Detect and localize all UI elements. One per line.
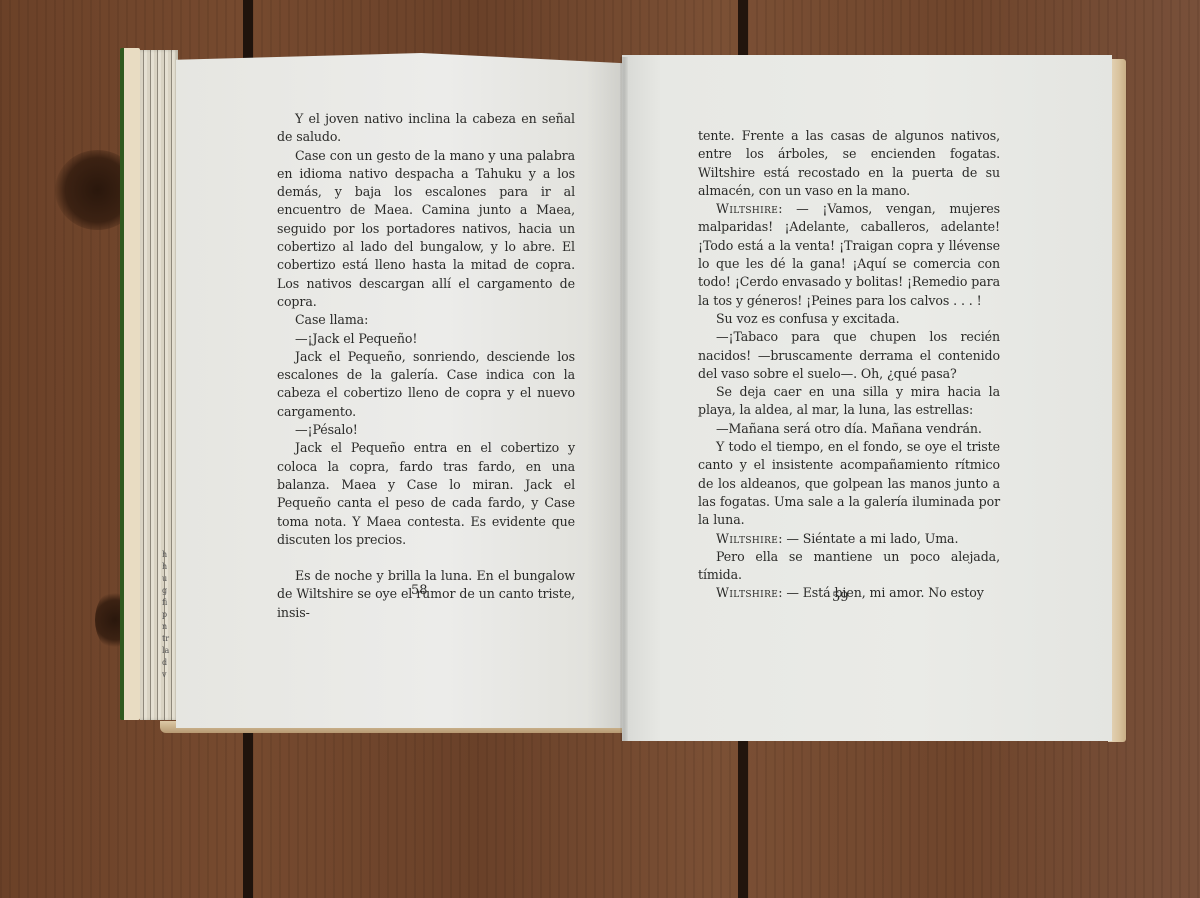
paragraph: Jack el Pequeño, sonriendo, desciende lo… xyxy=(277,348,575,421)
page-number-right: 59 xyxy=(832,590,849,605)
right-page-text: tente. Frente a las casas de algunos nat… xyxy=(698,127,1000,603)
paragraph: Y todo el tiempo, en el fondo, se oye el… xyxy=(698,438,1000,529)
dialogue-line: Wiltshire: — Siéntate a mi lado, Uma. xyxy=(698,530,1000,548)
paragraph: Case llama: xyxy=(277,311,575,329)
dialogue-line: Wiltshire: — Está bien, mi amor. No esto… xyxy=(698,584,1000,602)
book-gutter xyxy=(620,57,628,741)
dialogue-line: Wiltshire: — ¡Vamos, vengan, mujeres mal… xyxy=(698,200,1000,310)
speaker-name: Wiltshire xyxy=(716,531,778,546)
paragraph: tente. Frente a las casas de algunos nat… xyxy=(698,127,1000,200)
paragraph: Pero ella se mantiene un poco alejada, t… xyxy=(698,548,1000,585)
page-number-left: 58 xyxy=(411,583,428,598)
book-cover-green xyxy=(120,48,140,720)
left-page-text: Y el joven nativo inclina la cabeza en s… xyxy=(277,110,575,622)
paragraph: —¡Jack el Pequeño! xyxy=(277,330,575,348)
paragraph: —Mañana será otro día. Mañana vendrán. xyxy=(698,420,1000,438)
paragraph: Jack el Pequeño entra en el cobertizo y … xyxy=(277,439,575,549)
paragraph: —¡Tabaco para que chupen los recién naci… xyxy=(698,328,1000,383)
speaker-name: Wiltshire xyxy=(716,585,778,600)
paragraph: Case con un gesto de la mano y una palab… xyxy=(277,147,575,312)
page-stack-left xyxy=(140,50,178,720)
paragraph: Se deja caer en una silla y mira hacia l… xyxy=(698,383,1000,420)
speaker-name: Wiltshire xyxy=(716,201,778,216)
paragraph: Su voz es confusa y excitada. xyxy=(698,310,1000,328)
paragraph: Y el joven nativo inclina la cabeza en s… xyxy=(277,110,575,147)
paragraph: —¡Pésalo! xyxy=(277,421,575,439)
spine-letters: h h u g fi p n tr la d v xyxy=(162,550,169,679)
